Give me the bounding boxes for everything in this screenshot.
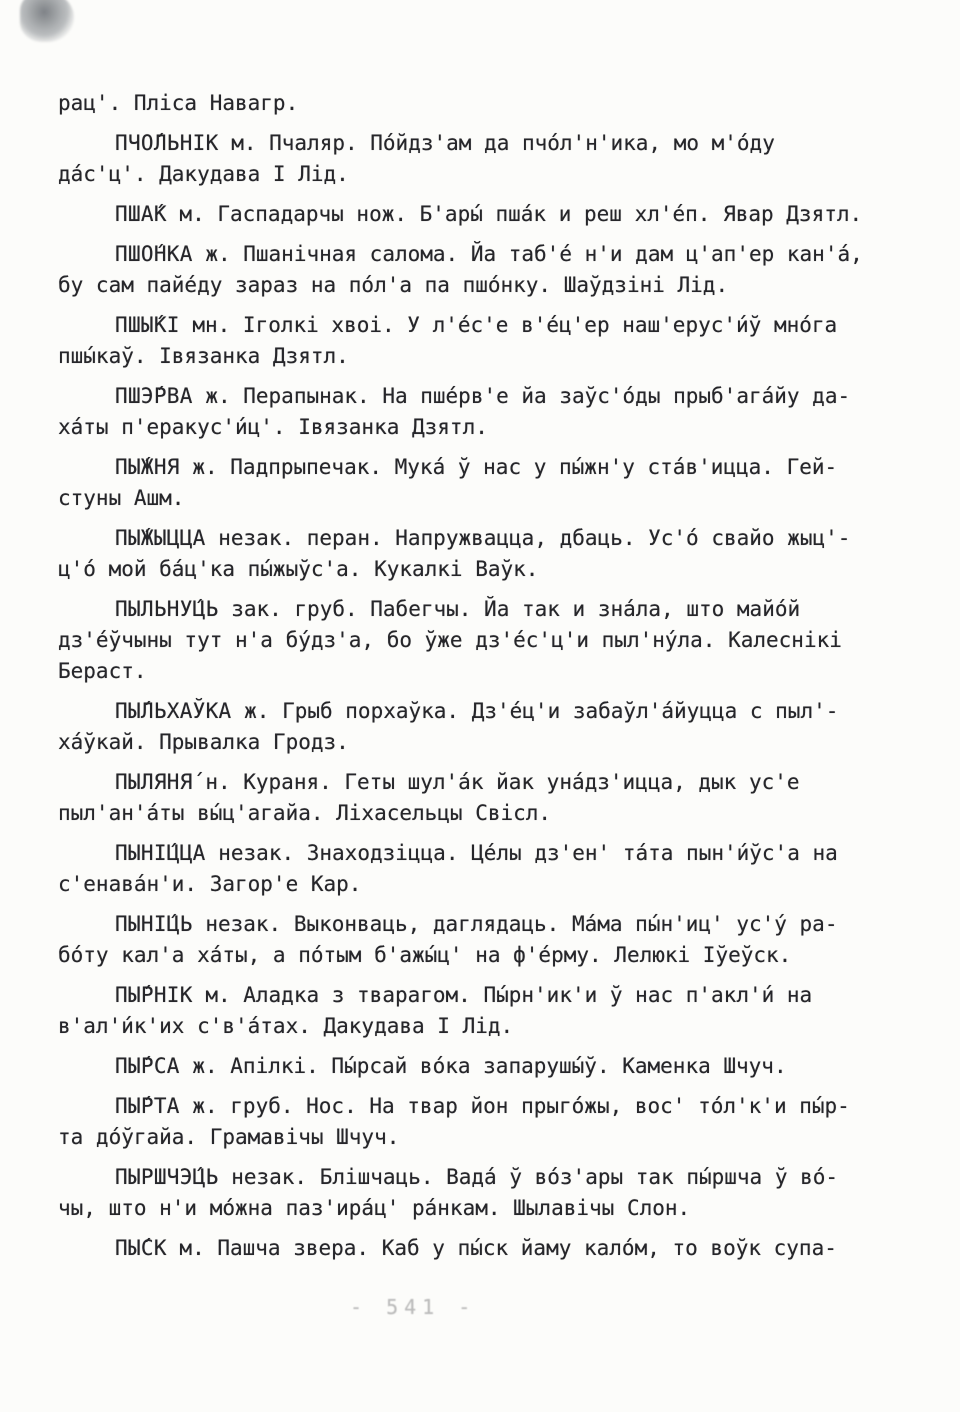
entry-headword: ПШО́НКА [115, 242, 193, 266]
entry-body: м. Пашча звера. Каб у пы́ск йаму кало́м,… [167, 1236, 837, 1260]
entry-headword: ПЫ́РНІК [115, 983, 193, 1007]
dictionary-entry: ПЫ́СК м. Пашча звера. Каб у пы́ск йаму к… [58, 1233, 914, 1264]
ink-smudge [20, 0, 74, 42]
entry-headword: ПЫРШЧЭ́ЦЬ [115, 1165, 219, 1189]
dictionary-entry: ПЫЛЬНУ́ЦЬ зак. груб. Пабегчы. Йа так и з… [58, 594, 914, 687]
entry-headword: ПЫ́СК [115, 1236, 167, 1260]
dictionary-entry: ПЫ́РТА ж. груб. Нос. На твар йон прыго́ж… [58, 1091, 914, 1153]
dictionary-entry: ПША́К м. Гаспадарчы нож. Б'ары́ пша́к и … [58, 199, 914, 230]
dictionary-entry: ПЫРШЧЭ́ЦЬ незак. Блішчаць. Вада́ ў во́з'… [58, 1162, 914, 1224]
dictionary-entry: ПЫНІ́ЦЬ незак. Выконваць, даглядаць. Ма́… [58, 909, 914, 971]
entry-headword: ПЫНІ́ЦЬ [115, 912, 193, 936]
entry-headword: ПЫЛЯНЯ́ [115, 770, 193, 794]
entry-body: м. Гаспадарчы нож. Б'ары́ пша́к и реш хл… [167, 202, 862, 226]
entry-headword: ПШЫ́КІ [115, 313, 180, 337]
entry-headword: ПЫ́ЛЬХАЎКА [115, 699, 232, 723]
entry-headword: ПЫЛЬНУ́ЦЬ [115, 597, 219, 621]
entry-headword: ПШЭ́РВА [115, 384, 193, 408]
dictionary-entry: ПЧО́ЛЬНІК м. Пчаляр. По́йдз'ам да пчо́л'… [58, 128, 914, 190]
entry-headword: ПЫ́РСА [115, 1054, 180, 1078]
entry-headword: ПЫ́РТА [115, 1094, 180, 1118]
entry-headword: ПЫ́ЖЫЦЦА [115, 526, 206, 550]
dictionary-entry: ПЫ́РСА ж. Апілкі. Пы́рсай во́ка запарушы… [58, 1051, 914, 1082]
dictionary-entry: ПЫ́ЛЬХАЎКА ж. Грыб порхаўка. Дз'е́ц'и за… [58, 696, 914, 758]
page-number: - 541 - [350, 1292, 476, 1323]
scanned-dictionary-page: рац'. Пліса Навагр. ПЧО́ЛЬНІК м. Пчаляр.… [0, 0, 960, 1412]
entry-headword: ПЫ́ЖНЯ [115, 455, 180, 479]
entry-headword: ПША́К [115, 202, 167, 226]
dictionary-entry: ПЫЛЯНЯ́ н. Кураня. Геты шул'а́к йак уна́… [58, 767, 914, 829]
continuation-line: рац'. Пліса Навагр. [58, 88, 914, 119]
dictionary-entry: ПЫ́ЖНЯ ж. Падпрыпечак. Мука́ ў нас у пы́… [58, 452, 914, 514]
dictionary-entry: ПЫ́РНІК м. Аладка з тварагом. Пы́рн'ик'и… [58, 980, 914, 1042]
page-text-block: рац'. Пліса Навагр. ПЧО́ЛЬНІК м. Пчаляр.… [58, 88, 914, 1273]
dictionary-entry: ПШЫ́КІ мн. Іголкі хвоі. У л'е́с'е в'е́ц'… [58, 310, 914, 372]
entry-body: ж. Апілкі. Пы́рсай во́ка запарушы́ў. Кам… [180, 1054, 787, 1078]
entry-headword: ПЧО́ЛЬНІК [115, 131, 219, 155]
dictionary-entry: ПШЭ́РВА ж. Перапынак. На пше́рв'е йа заў… [58, 381, 914, 443]
dictionary-entry: ПШО́НКА ж. Пшанічная салома. Йа таб'е́ н… [58, 239, 914, 301]
dictionary-entry: ПЫНІ́ЦЦА незак. Знаходзіцца. Це́лы дз'ен… [58, 838, 914, 900]
entry-headword: ПЫНІ́ЦЦА [115, 841, 206, 865]
dictionary-entry: ПЫ́ЖЫЦЦА незак. перан. Напружвацца, дбац… [58, 523, 914, 585]
